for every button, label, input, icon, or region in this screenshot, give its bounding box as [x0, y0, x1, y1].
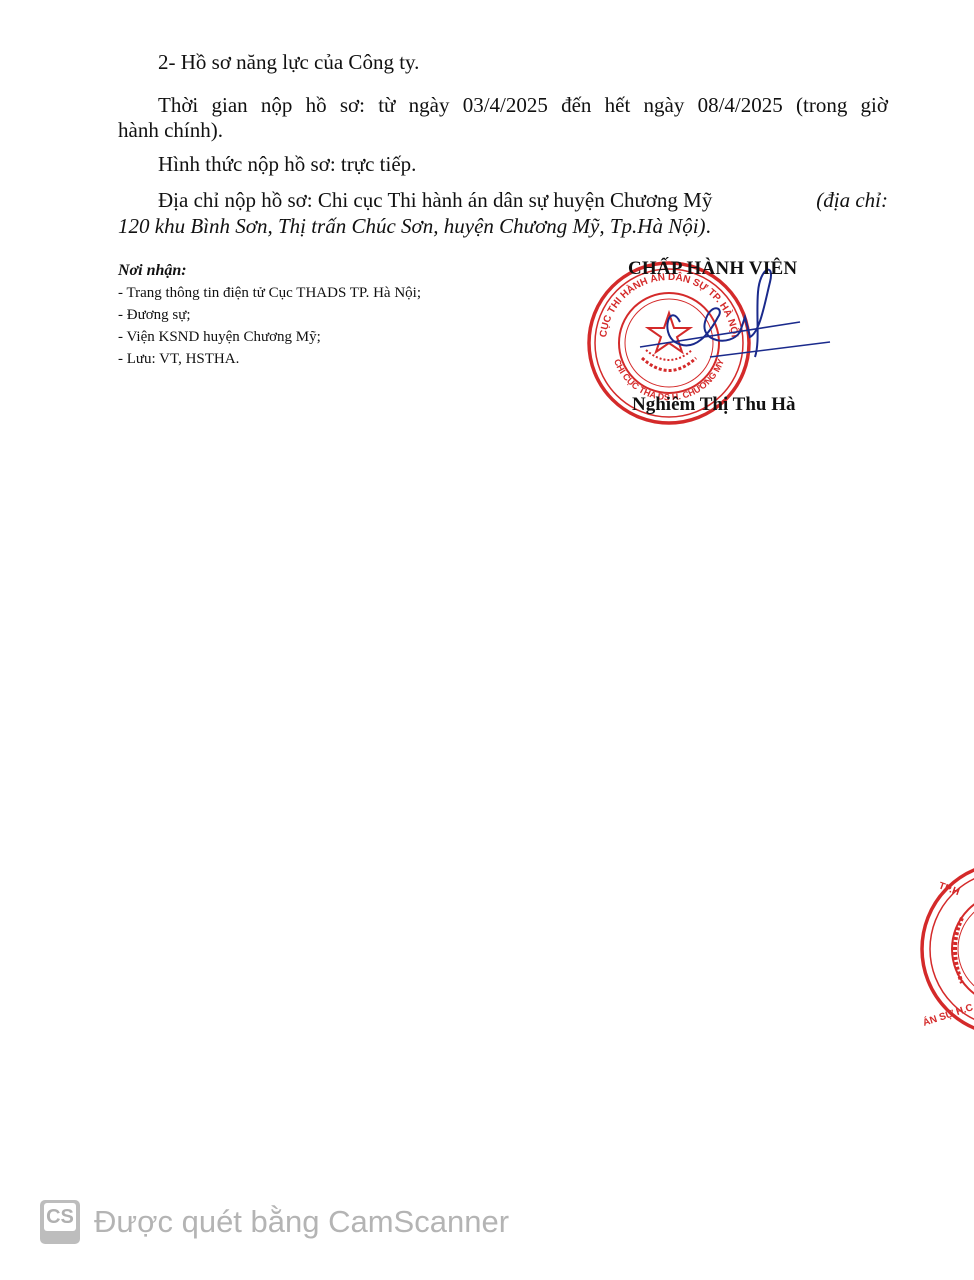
address-italic-1: (địa chỉ: — [816, 186, 888, 214]
submission-time-line2: hành chính). — [118, 116, 223, 144]
recipient-item: - Viện KSND huyện Chương Mỹ; — [118, 326, 421, 348]
address-end: . — [706, 214, 711, 238]
recipients-block: Nơi nhận: - Trang thông tin điện tử Cục … — [118, 260, 421, 370]
camscanner-logo-icon: CS — [40, 1200, 80, 1244]
recipient-item: - Trang thông tin điện tử Cục THADS TP. … — [118, 282, 421, 304]
submission-address-line1: Địa chỉ nộp hồ sơ: Chi cục Thi hành án d… — [158, 186, 888, 214]
signer-title: CHẤP HÀNH VIÊN — [628, 258, 797, 280]
submission-method: Hình thức nộp hồ sơ: trực tiếp. — [158, 150, 416, 178]
address-prefix: Địa chỉ nộp hồ sơ: Chi cục Thi hành án d… — [158, 186, 718, 214]
recipient-item: - Đương sự; — [118, 304, 421, 326]
address-italic-2: 120 khu Bình Sơn, Thị trấn Chúc Sơn, huy… — [118, 214, 706, 238]
recipients-title: Nơi nhận: — [118, 260, 421, 282]
watermark-text: Được quét bằng CamScanner — [94, 1204, 509, 1240]
submission-time-line1: Thời gian nộp hồ sơ: từ ngày 03/4/2025 đ… — [158, 91, 888, 119]
recipient-item: - Lưu: VT, HSTHA. — [118, 348, 421, 370]
camscanner-watermark: CS Được quét bằng CamScanner — [40, 1200, 509, 1244]
signature-icon — [600, 262, 840, 392]
submission-address-line2: 120 khu Bình Sơn, Thị trấn Chúc Sơn, huy… — [118, 212, 711, 240]
edge-stamp-icon: TP.H ÁN SỰ H.C — [918, 858, 974, 1040]
item-2: 2- Hồ sơ năng lực của Công ty. — [158, 48, 419, 76]
signer-name: Nghiêm Thị Thu Hà — [632, 394, 796, 416]
